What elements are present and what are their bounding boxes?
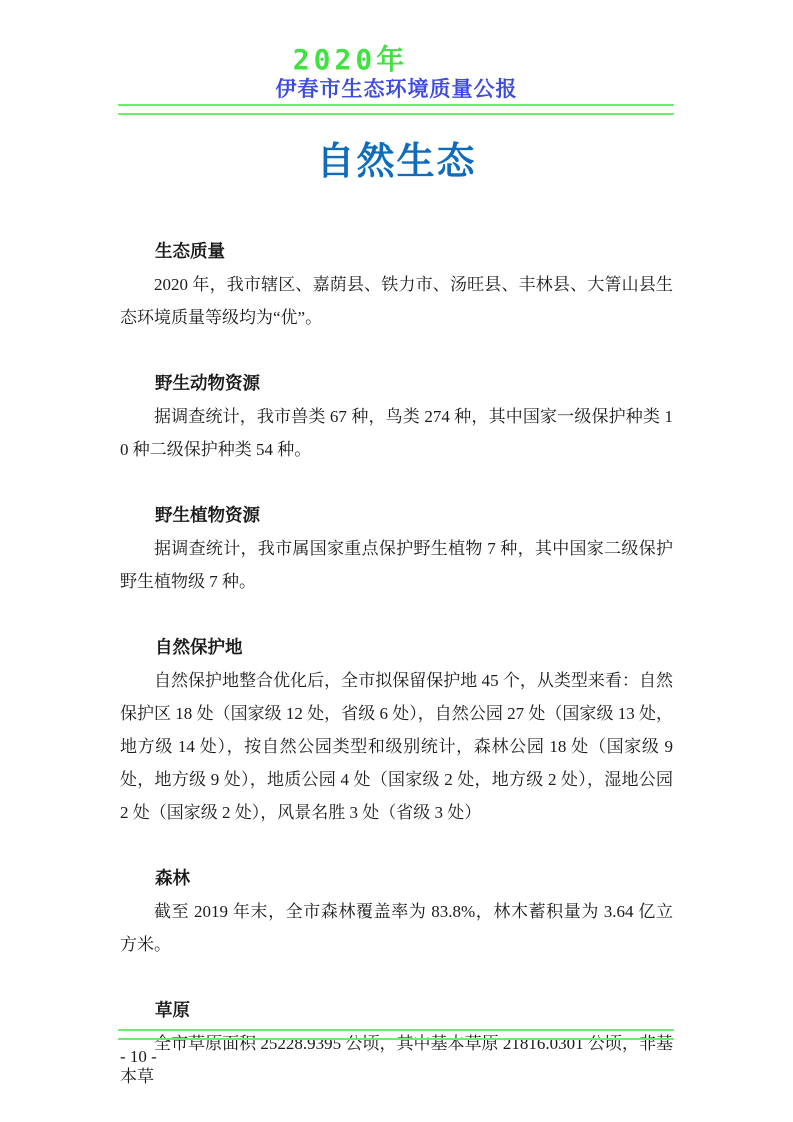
section-heading: 野生植物资源 [120, 499, 673, 532]
header-year: 2020年 [0, 44, 747, 76]
section-paragraph: 据调查统计，我市属国家重点保护野生植物 7 种，其中国家二级保护野生植物级 7 … [120, 532, 673, 598]
section-wild-plants: 野生植物资源 据调查统计，我市属国家重点保护野生植物 7 种，其中国家二级保护野… [120, 499, 673, 598]
section-heading: 生态质量 [120, 235, 673, 268]
section-heading: 野生动物资源 [120, 367, 673, 400]
section-heading: 草原 [120, 994, 673, 1027]
section-paragraph: 2020 年，我市辖区、嘉荫县、铁力市、汤旺县、丰林县、大箐山县生态环境质量等级… [120, 268, 673, 334]
section-wild-animals: 野生动物资源 据调查统计，我市兽类 67 种，鸟类 274 种，其中国家一级保护… [120, 367, 673, 466]
page-content: 生态质量 2020 年，我市辖区、嘉荫县、铁力市、汤旺县、丰林县、大箐山县生态环… [120, 235, 673, 1093]
page-header: 2020年 伊春市生态环境质量公报 [0, 0, 793, 104]
page-number: - 10 - [120, 1046, 157, 1068]
document-page: 2020年 伊春市生态环境质量公报 自然生态 生态质量 2020 年，我市辖区、… [0, 0, 793, 1122]
section-grassland: 草原 全市草原面积 25228.9395 公顷，其中基本草原 21816.030… [120, 994, 673, 1093]
header-divider-rule [118, 104, 674, 115]
section-paragraph: 截至 2019 年末，全市森林覆盖率为 83.8%，林木蓄积量为 3.64 亿立… [120, 895, 673, 961]
page-title: 自然生态 [0, 139, 793, 185]
footer-divider-rule [118, 1029, 674, 1040]
section-eco-quality: 生态质量 2020 年，我市辖区、嘉荫县、铁力市、汤旺县、丰林县、大箐山县生态环… [120, 235, 673, 334]
section-forest: 森林 截至 2019 年末，全市森林覆盖率为 83.8%，林木蓄积量为 3.64… [120, 862, 673, 961]
section-paragraph: 自然保护地整合优化后，全市拟保留保护地 45 个，从类型来看：自然保护区 18 … [120, 664, 673, 829]
section-nature-reserves: 自然保护地 自然保护地整合优化后，全市拟保留保护地 45 个，从类型来看：自然保… [120, 631, 673, 829]
section-paragraph: 据调查统计，我市兽类 67 种，鸟类 274 种，其中国家一级保护种类 10 种… [120, 400, 673, 466]
section-heading: 自然保护地 [120, 631, 673, 664]
header-report-title: 伊春市生态环境质量公报 [0, 76, 793, 104]
section-heading: 森林 [120, 862, 673, 895]
